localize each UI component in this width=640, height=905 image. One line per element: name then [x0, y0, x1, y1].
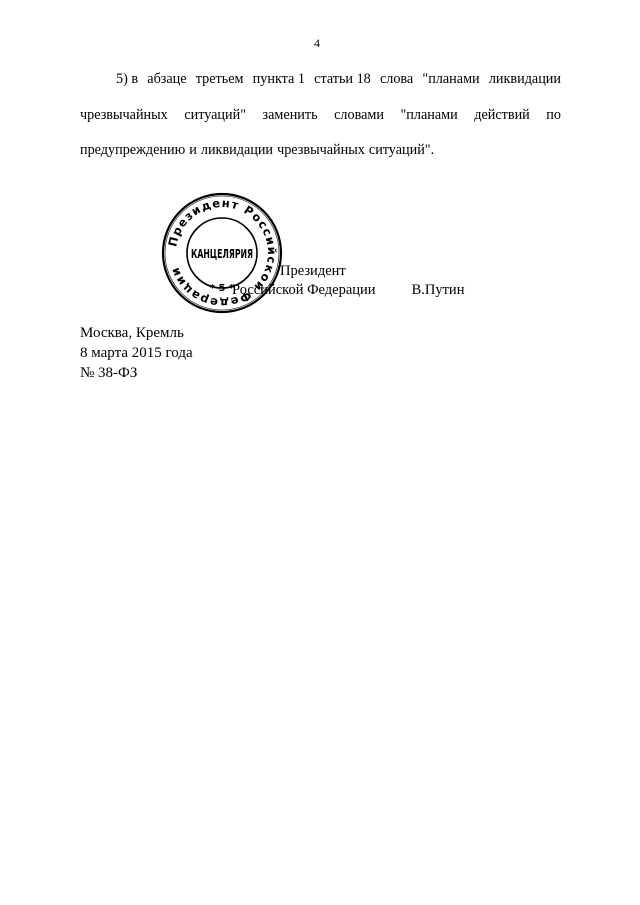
law-number: № 38-ФЗ — [80, 363, 193, 383]
signatory-title-line-1: Президент — [232, 262, 464, 281]
stamp-center-text: КАНЦЕЛЯРИЯ — [191, 246, 253, 261]
word: слова — [380, 64, 413, 100]
word: пункта 1 — [253, 64, 305, 100]
word: 5) в — [116, 64, 138, 100]
word: заменить — [263, 100, 318, 136]
paragraph-line-1: 5) в абзаце третьем пункта 1 статьи 18 с… — [80, 64, 561, 100]
signatory-row: Российской Федерации В.Путин — [232, 281, 464, 300]
word: действий — [474, 100, 530, 136]
word: ликвидации — [489, 64, 561, 100]
line-text: предупреждению и ликвидации чрезвычайных… — [80, 135, 434, 171]
word: чрезвычайных — [80, 100, 168, 136]
word: третьем — [196, 64, 244, 100]
place-date-block: Москва, Кремль 8 марта 2015 года № 38-ФЗ — [80, 323, 193, 383]
word: ситуаций" — [184, 100, 246, 136]
word: по — [546, 100, 561, 136]
word: статьи 18 — [314, 64, 371, 100]
amendment-paragraph: 5) в абзаце третьем пункта 1 статьи 18 с… — [80, 64, 561, 171]
word: "планами — [401, 100, 458, 136]
word: "планами — [422, 64, 479, 100]
signing-date: 8 марта 2015 года — [80, 343, 193, 363]
signatory-name: В.Путин — [412, 281, 465, 300]
signatory-title-line-2: Российской Федерации — [232, 281, 376, 300]
page-number: 4 — [0, 36, 634, 51]
signing-place: Москва, Кремль — [80, 323, 193, 343]
word: словами — [334, 100, 384, 136]
word: абзаце — [147, 64, 186, 100]
signature-block: Президент Российской Федерации В.Путин — [232, 262, 464, 300]
paragraph-line-2: чрезвычайных ситуаций" заменить словами … — [80, 100, 561, 136]
paragraph-line-3: предупреждению и ликвидации чрезвычайных… — [80, 135, 561, 171]
